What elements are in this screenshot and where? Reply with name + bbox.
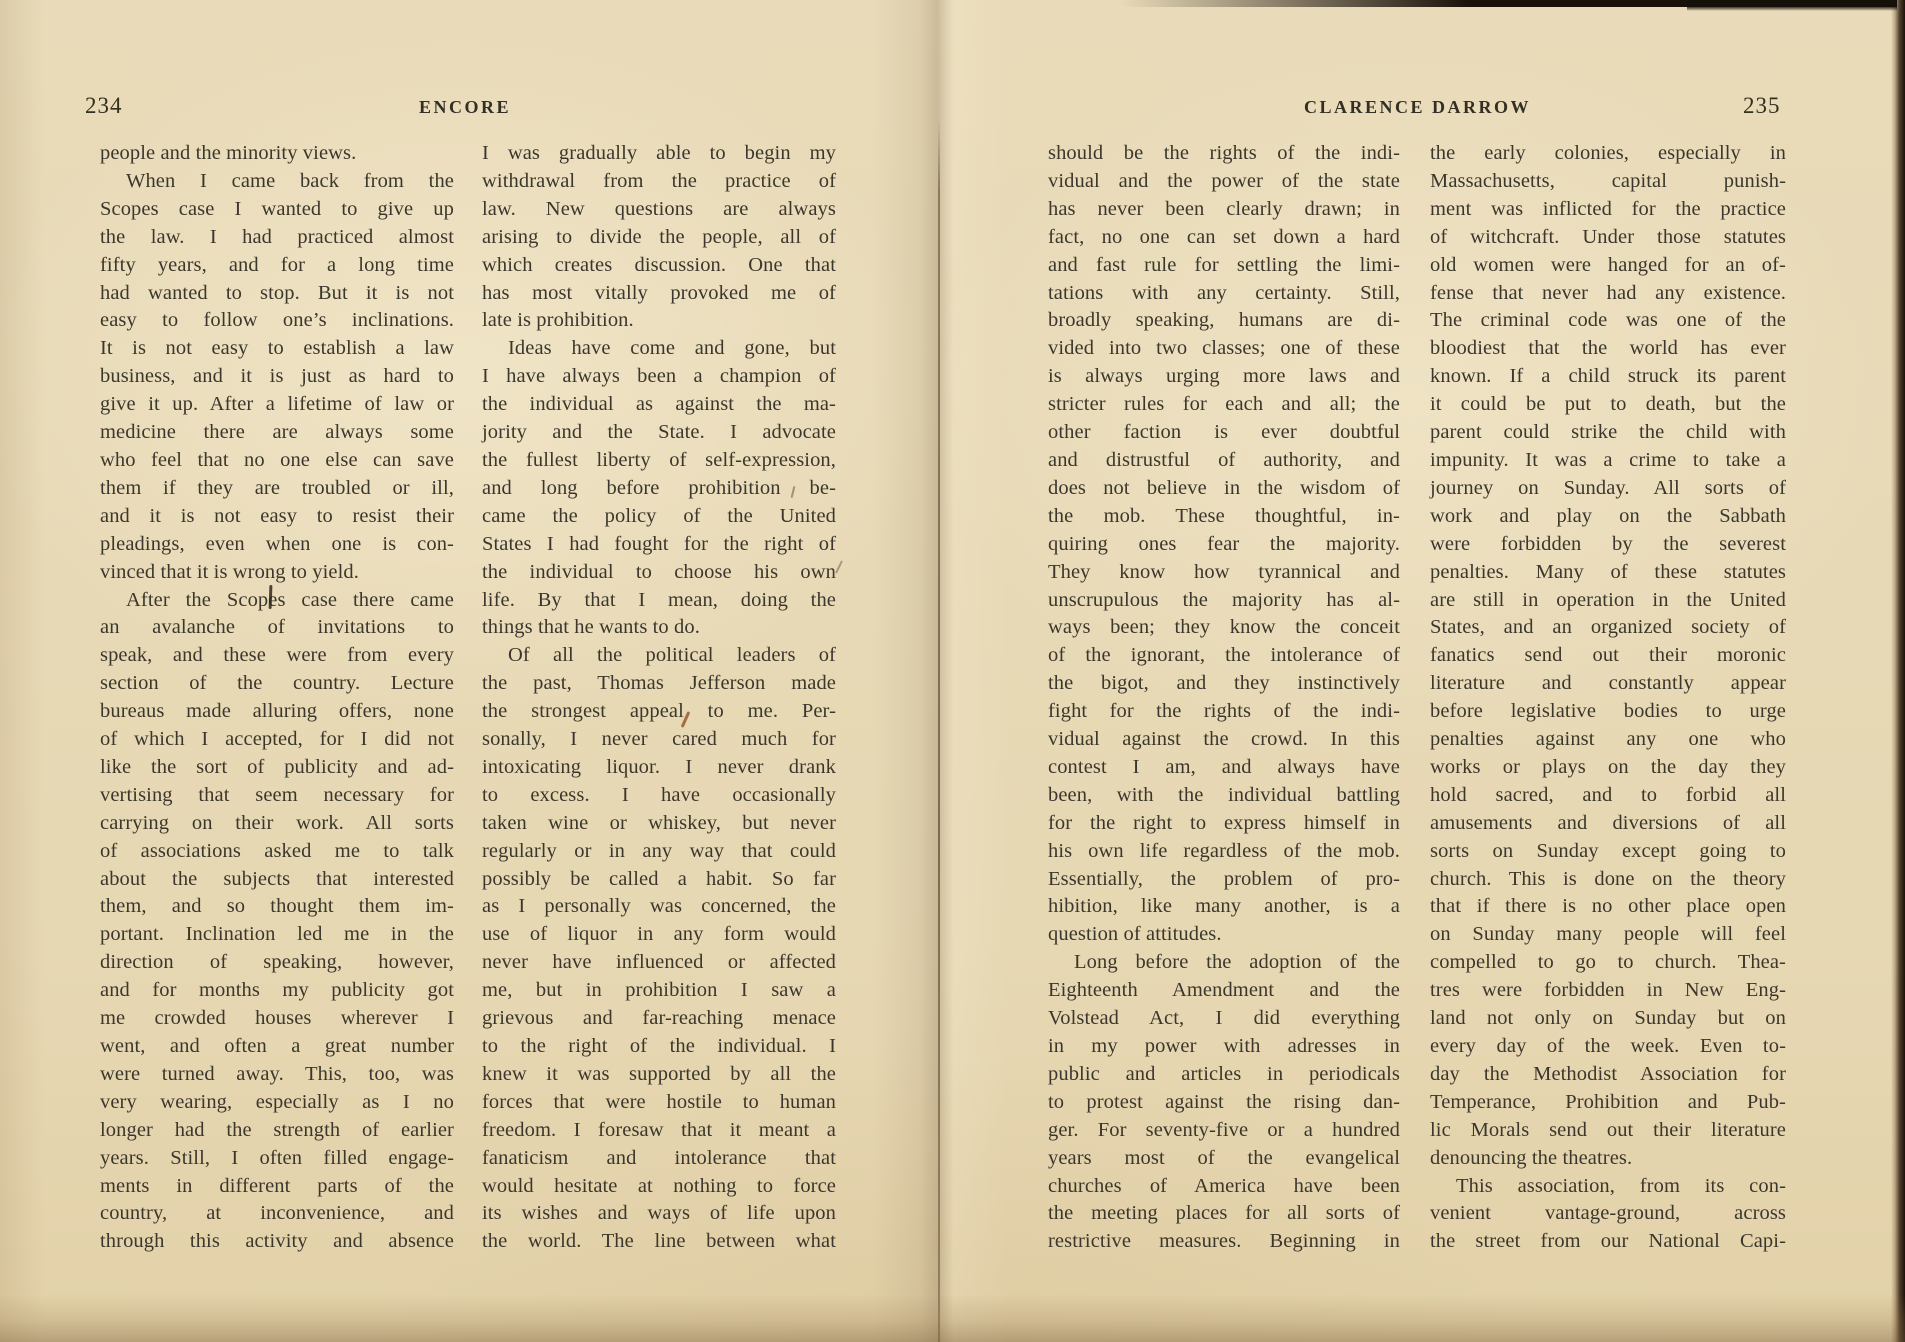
text-line: States I had fought for the right of	[482, 531, 836, 559]
text-line: Essentially, the problem of pro-	[1048, 866, 1400, 894]
text-line: knew it was supported by all the	[482, 1061, 836, 1089]
text-line: went, and often a great number	[100, 1033, 454, 1061]
text-line: law. New questions are always	[482, 196, 836, 224]
text-line: known. If a child struck its parent	[1430, 363, 1786, 391]
text-line: arising to divide the people, all of	[482, 224, 836, 252]
text-line: intoxicating liquor. I never drank	[482, 754, 836, 782]
text-line: the mob. These thoughtful, in-	[1048, 503, 1400, 531]
page-number-left: 234	[85, 93, 123, 119]
text-line: fanatics send out their moronic	[1430, 642, 1786, 670]
text-line: his own life regardless of the mob.	[1048, 838, 1400, 866]
text-line: day the Methodist Association for	[1430, 1061, 1786, 1089]
text-line: are still in operation in the United	[1430, 587, 1786, 615]
text-line: of which I accepted, for I did not	[100, 726, 454, 754]
text-line: to excess. I have occasionally	[482, 782, 836, 810]
text-line: journey on Sunday. All sorts of	[1430, 475, 1786, 503]
text-line: who feel that no one else can save	[100, 447, 454, 475]
text-line: vertising that seem necessary for	[100, 782, 454, 810]
text-line: years most of the evangelical	[1048, 1145, 1400, 1173]
text-line: and it is not easy to resist their	[100, 503, 454, 531]
text-line: question of attitudes.	[1048, 921, 1400, 949]
text-line: amusements and diversions of all	[1430, 810, 1786, 838]
text-line: penalties against any one who	[1430, 726, 1786, 754]
text-line: the bigot, and they instinctively	[1048, 670, 1400, 698]
text-line: and for months my publicity got	[100, 977, 454, 1005]
text-line: grievous and far-reaching menace	[482, 1005, 836, 1033]
text-line: about the subjects that interested	[100, 866, 454, 894]
scan-speck	[835, 560, 843, 573]
text-line: them if they are troubled or ill,	[100, 475, 454, 503]
text-line: freedom. I foresaw that it meant a	[482, 1117, 836, 1145]
text-line: that if there is no other place open	[1430, 893, 1786, 921]
text-line: things that he wants to do.	[482, 614, 836, 642]
text-line: were forbidden by the severest	[1430, 531, 1786, 559]
text-line: very wearing, especially as I no	[100, 1089, 454, 1117]
text-line: venient vantage-ground, across	[1430, 1200, 1786, 1228]
text-line: the law. I had practiced almost	[100, 224, 454, 252]
text-line: churches of America have been	[1048, 1173, 1400, 1201]
text-line: unscrupulous the majority has al-	[1048, 587, 1400, 615]
text-line: portant. Inclination led me in the	[100, 921, 454, 949]
text-line: Volstead Act, I did everything	[1048, 1005, 1400, 1033]
text-line: It is not easy to establish a law	[100, 335, 454, 363]
text-line: They know how tyrannical and	[1048, 559, 1400, 587]
text-line: Of all the political leaders of	[482, 642, 836, 670]
text-line: years. Still, I often filled engage-	[100, 1145, 454, 1173]
text-line: denouncing the theatres.	[1430, 1145, 1786, 1173]
text-line: vided into two classes; one of these	[1048, 335, 1400, 363]
text-line: section of the country. Lecture	[100, 670, 454, 698]
text-line: penalties. Many of these statutes	[1430, 559, 1786, 587]
text-line: vinced that it is wrong to yield.	[100, 559, 454, 587]
text-line: ments in different parts of the	[100, 1173, 454, 1201]
text-line: bureaus made alluring offers, none	[100, 698, 454, 726]
text-line: land not only on Sunday but on	[1430, 1005, 1786, 1033]
text-line: lic Morals send out their literature	[1430, 1117, 1786, 1145]
right-page-column-2: the early colonies, especially inMassach…	[1430, 140, 1786, 1256]
text-line: in my power with adresses in	[1048, 1033, 1400, 1061]
text-line: of associations asked me to talk	[100, 838, 454, 866]
text-line: old women were hanged for an of-	[1430, 252, 1786, 280]
text-line: vidual against the crowd. In this	[1048, 726, 1400, 754]
text-line: has never been clearly drawn; in	[1048, 196, 1400, 224]
text-line: the early colonies, especially in	[1430, 140, 1786, 168]
text-line: parent could strike the child with	[1430, 419, 1786, 447]
text-line: the strongest appeal to me. Per-	[482, 698, 836, 726]
text-line: ways been; they know the conceit	[1048, 614, 1400, 642]
text-line: jority and the State. I advocate	[482, 419, 836, 447]
text-line: literature and constantly appear	[1430, 670, 1786, 698]
text-line: give it up. After a lifetime of law or	[100, 391, 454, 419]
text-line: hold sacred, and to forbid all	[1430, 782, 1786, 810]
book-spread: 234 ENCORE people and the minority views…	[0, 0, 1905, 1342]
text-line: for the right to express himself in	[1048, 810, 1400, 838]
text-line: been, with the individual battling	[1048, 782, 1400, 810]
text-line: tations with any certainty. Still,	[1048, 280, 1400, 308]
text-line: them, and so thought them im-	[100, 893, 454, 921]
text-line: Eighteenth Amendment and the	[1048, 977, 1400, 1005]
text-line: regularly or in any way that could	[482, 838, 836, 866]
text-line: tres were forbidden in New Eng-	[1430, 977, 1786, 1005]
text-line: restrictive measures. Beginning in	[1048, 1228, 1400, 1256]
text-line: quiring ones fear the majority.	[1048, 531, 1400, 559]
text-line: bloodiest that the world has ever	[1430, 335, 1786, 363]
text-line: the world. The line between what	[482, 1228, 836, 1256]
text-line: of witchcraft. Under those statutes	[1430, 224, 1786, 252]
text-line: other faction is ever doubtful	[1048, 419, 1400, 447]
text-line: medicine there are always some	[100, 419, 454, 447]
running-head-left: ENCORE	[370, 97, 560, 118]
text-line: fact, no one can set down a hard	[1048, 224, 1400, 252]
text-line: people and the minority views.	[100, 140, 454, 168]
text-line: broadly speaking, humans are di-	[1048, 307, 1400, 335]
text-line: to the right of the individual. I	[482, 1033, 836, 1061]
text-line: Scopes case I wanted to give up	[100, 196, 454, 224]
text-line: it could be put to death, but the	[1430, 391, 1786, 419]
text-line: and long before prohibition be-	[482, 475, 836, 503]
text-line: carrying on their work. All sorts	[100, 810, 454, 838]
text-line: has most vitally provoked me of	[482, 280, 836, 308]
text-line: does not believe in the wisdom of	[1048, 475, 1400, 503]
text-line: ger. For seventy-five or a hundred	[1048, 1117, 1400, 1145]
text-line: contest I am, and always have	[1048, 754, 1400, 782]
text-line: life. By that I mean, doing the	[482, 587, 836, 615]
text-line: an avalanche of invitations to	[100, 614, 454, 642]
text-line: were turned away. This, too, was	[100, 1061, 454, 1089]
text-line: came the policy of the United	[482, 503, 836, 531]
page-number-right: 235	[1743, 93, 1781, 119]
text-line: public and articles in periodicals	[1048, 1061, 1400, 1089]
text-line: work and play on the Sabbath	[1430, 503, 1786, 531]
text-line: country, at inconvenience, and	[100, 1200, 454, 1228]
text-line: the individual as against the ma-	[482, 391, 836, 419]
text-line: possibly be called a habit. So far	[482, 866, 836, 894]
text-line: me crowded houses wherever I	[100, 1005, 454, 1033]
text-line: of the ignorant, the intolerance of	[1048, 642, 1400, 670]
text-line: before legislative bodies to urge	[1430, 698, 1786, 726]
scan-edge-left	[0, 0, 44, 1342]
text-line: never have influenced or affected	[482, 949, 836, 977]
text-line: every day of the week. Even to-	[1430, 1033, 1786, 1061]
text-line: and distrustful of authority, and	[1048, 447, 1400, 475]
text-line: and fast rule for settling the limi-	[1048, 252, 1400, 280]
text-line: stricter rules for each and all; the	[1048, 391, 1400, 419]
text-line: compelled to go to church. Thea-	[1430, 949, 1786, 977]
text-line: works or plays on the day they	[1430, 754, 1786, 782]
text-line: easy to follow one’s inclinations.	[100, 307, 454, 335]
text-line: the past, Thomas Jefferson made	[482, 670, 836, 698]
text-line: vidual and the power of the state	[1048, 168, 1400, 196]
running-head-right: CLARENCE DARROW	[1275, 97, 1560, 118]
text-line: fight for the rights of the indi-	[1048, 698, 1400, 726]
text-line: the street from our National Capi-	[1430, 1228, 1786, 1256]
text-line: I have always been a champion of	[482, 363, 836, 391]
text-line: to protest against the rising dan-	[1048, 1089, 1400, 1117]
text-line: After the Scopes case there came	[100, 587, 454, 615]
text-line: which creates discussion. One that	[482, 252, 836, 280]
scan-edge-top-corner	[1687, 0, 1897, 11]
text-line: sorts on Sunday except going to	[1430, 838, 1786, 866]
text-line: the individual to choose his own	[482, 559, 836, 587]
text-line: fanaticism and intolerance that	[482, 1145, 836, 1173]
text-line: Long before the adoption of the	[1048, 949, 1400, 977]
book-gutter-shadow	[872, 0, 1008, 1342]
text-line: impunity. It was a crime to take a	[1430, 447, 1786, 475]
text-line: fifty years, and for a long time	[100, 252, 454, 280]
text-line: speak, and these were from every	[100, 642, 454, 670]
text-line: church. This is done on the theory	[1430, 866, 1786, 894]
text-line: Massachusetts, capital punish-	[1430, 168, 1786, 196]
text-line: pleadings, even when one is con-	[100, 531, 454, 559]
text-line: as I personally was concerned, the	[482, 893, 836, 921]
text-line: had wanted to stop. But it is not	[100, 280, 454, 308]
text-line: Ideas have come and gone, but	[482, 335, 836, 363]
text-line: the fullest liberty of self-expression,	[482, 447, 836, 475]
text-line: I was gradually able to begin my	[482, 140, 836, 168]
text-line: Temperance, Prohibition and Pub-	[1430, 1089, 1786, 1117]
text-line: me, but in prohibition I saw a	[482, 977, 836, 1005]
text-line: the meeting places for all sorts of	[1048, 1200, 1400, 1228]
text-line: should be the rights of the indi-	[1048, 140, 1400, 168]
text-line: States, and an organized society of	[1430, 614, 1786, 642]
right-page-column-1: should be the rights of the indi-vidual …	[1048, 140, 1400, 1256]
text-line: like the sort of publicity and ad-	[100, 754, 454, 782]
left-page-column-1: people and the minority views.When I cam…	[100, 140, 454, 1256]
left-page-column-2: I was gradually able to begin mywithdraw…	[482, 140, 836, 1256]
scan-edge-bottom	[0, 1294, 1905, 1342]
text-line: longer had the strength of earlier	[100, 1117, 454, 1145]
book-fold-line	[938, 118, 940, 1342]
text-line: would hesitate at nothing to force	[482, 1173, 836, 1201]
text-line: withdrawal from the practice of	[482, 168, 836, 196]
text-line: business, and it is just as hard to	[100, 363, 454, 391]
text-line: ment was inflicted for the practice	[1430, 196, 1786, 224]
text-line: direction of speaking, however,	[100, 949, 454, 977]
text-line: taken wine or whiskey, but never	[482, 810, 836, 838]
text-line: fense that never had any existence.	[1430, 280, 1786, 308]
text-line: The criminal code was one of the	[1430, 307, 1786, 335]
text-line: When I came back from the	[100, 168, 454, 196]
text-line: its wishes and ways of life upon	[482, 1200, 836, 1228]
text-line: sonally, I never cared much for	[482, 726, 836, 754]
text-line: through this activity and absence	[100, 1228, 454, 1256]
text-line: forces that were hostile to human	[482, 1089, 836, 1117]
text-line: use of liquor in any form would	[482, 921, 836, 949]
text-line: is always urging more laws and	[1048, 363, 1400, 391]
text-line: late is prohibition.	[482, 307, 836, 335]
text-line: hibition, like many another, is a	[1048, 893, 1400, 921]
scan-edge-right	[1891, 0, 1905, 1342]
text-line: on Sunday many people will feel	[1430, 921, 1786, 949]
text-line: This association, from its con-	[1430, 1173, 1786, 1201]
